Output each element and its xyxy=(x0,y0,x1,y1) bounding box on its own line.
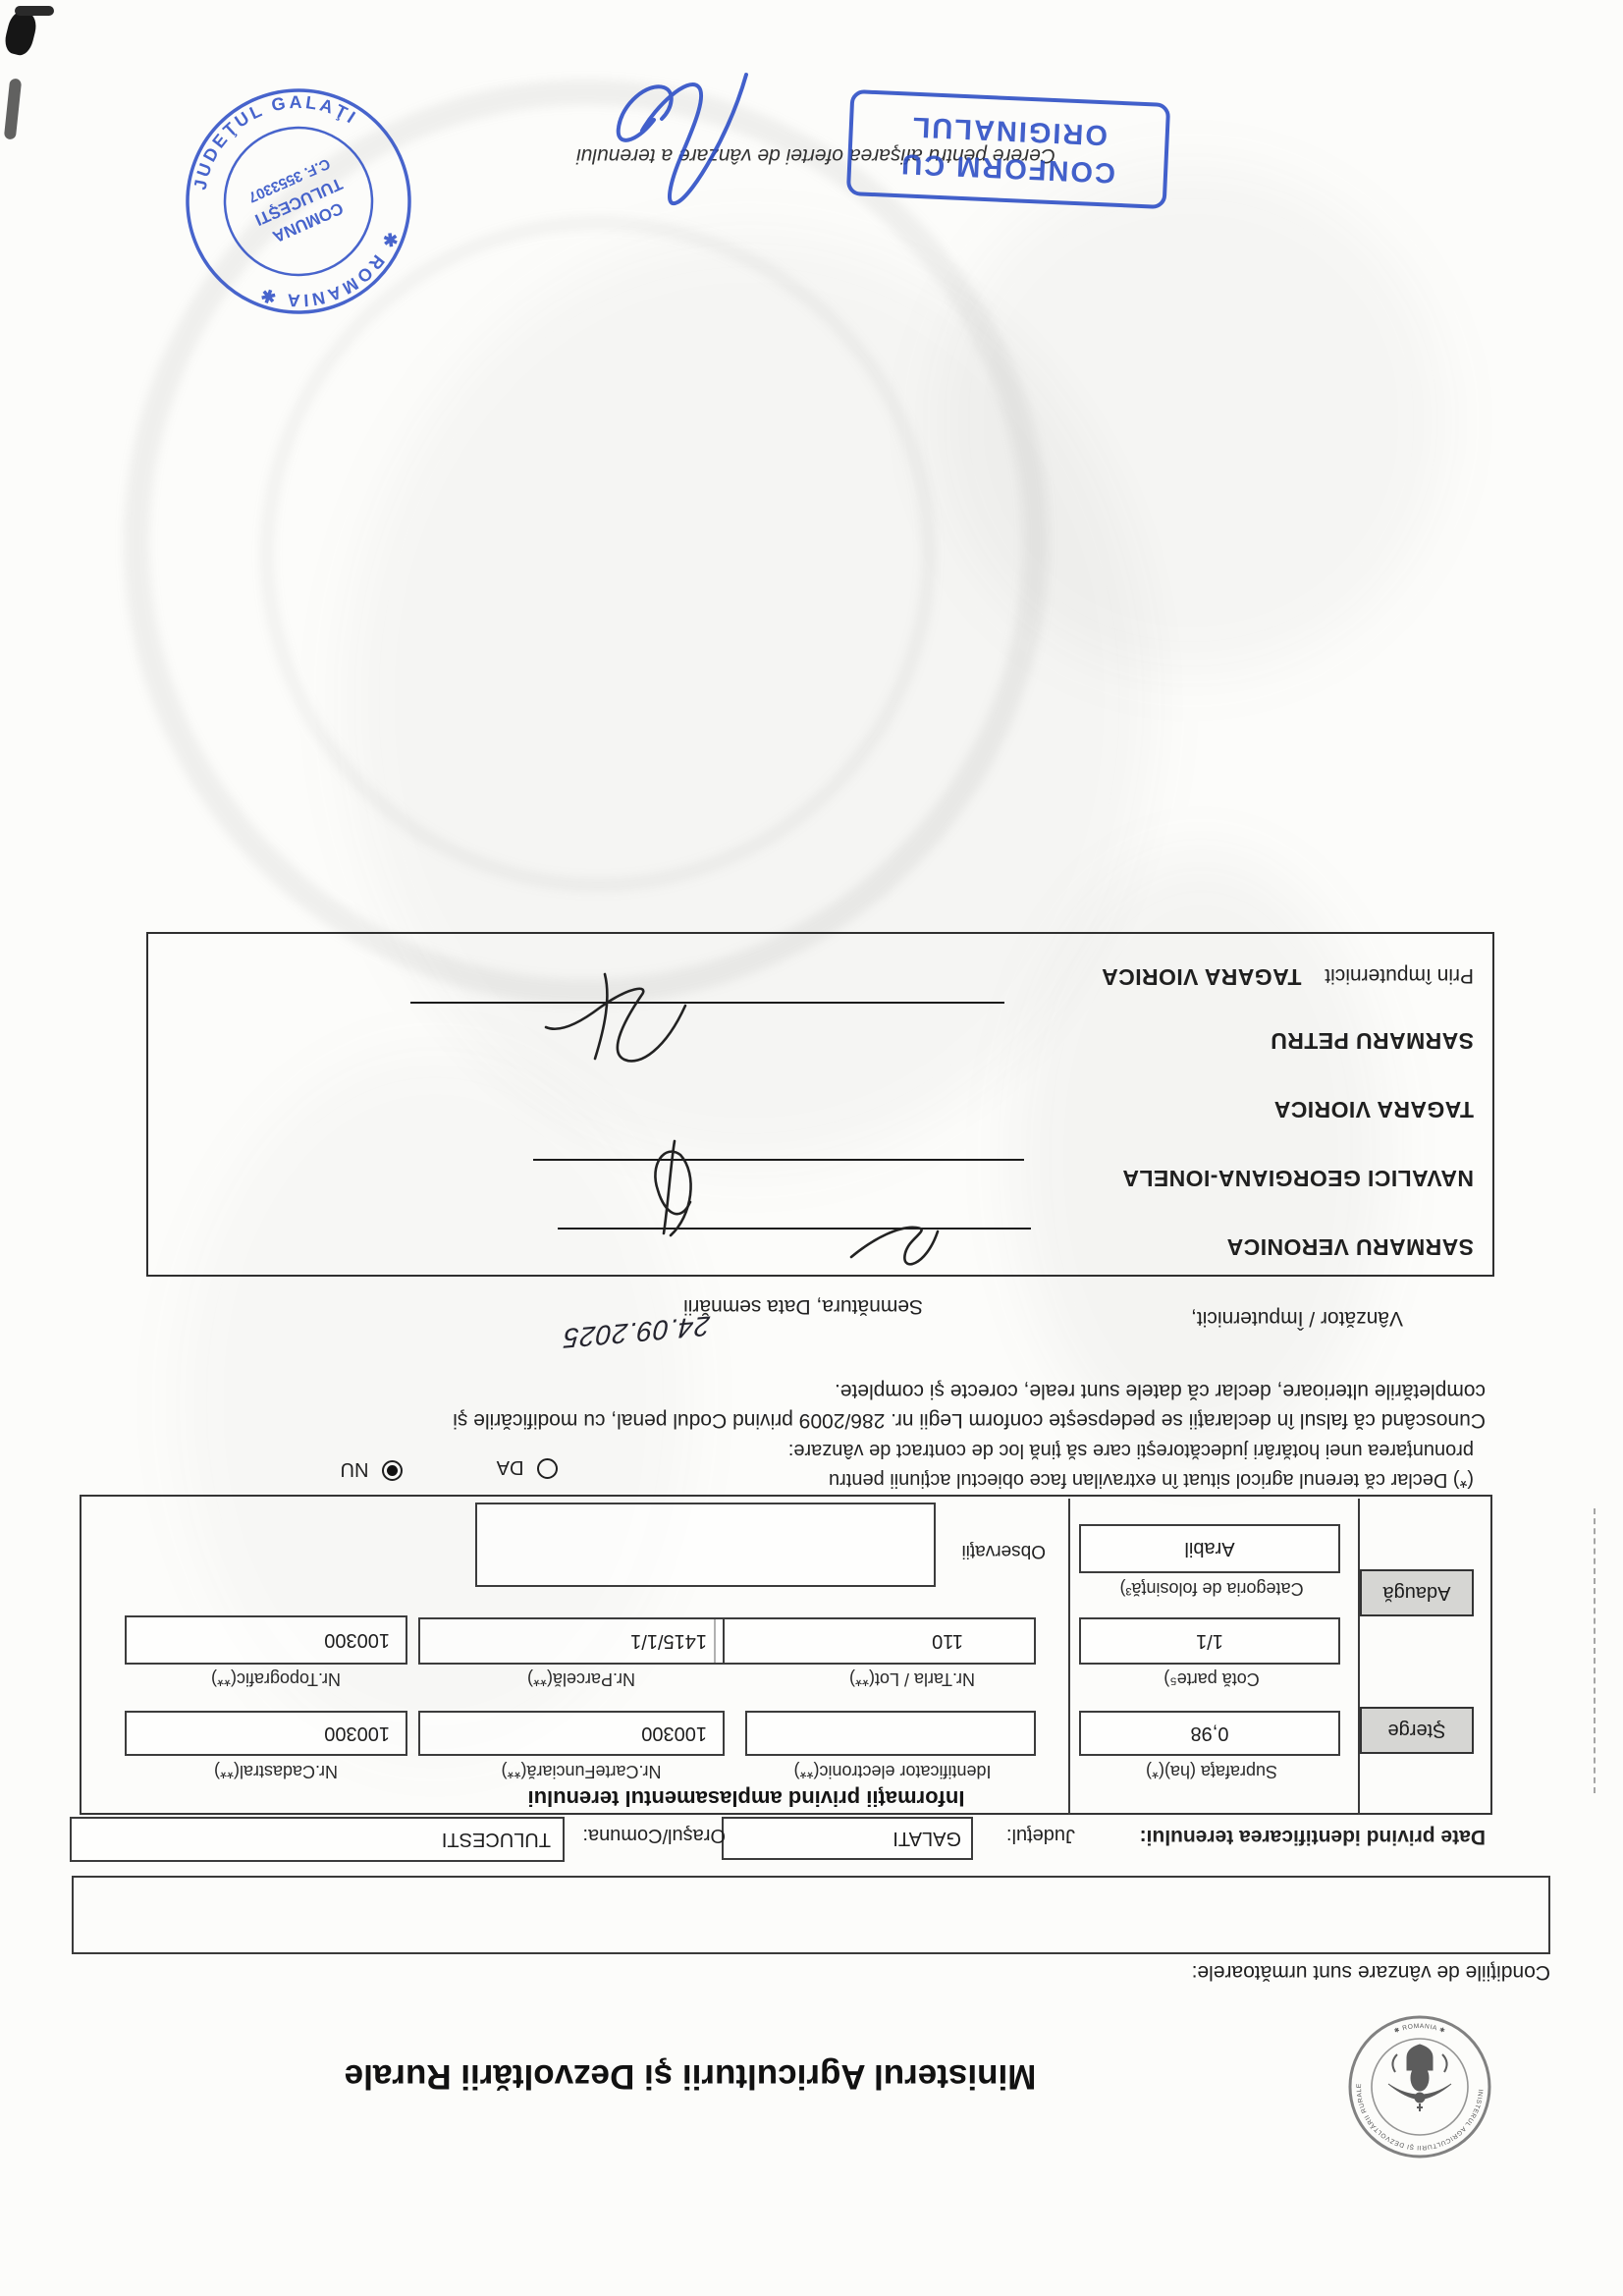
proxy-name: TAGARA VIORICA xyxy=(1102,964,1302,990)
signer-name: NAVALICI GEORGIANA-IONELA xyxy=(1122,1165,1474,1191)
table-divider xyxy=(1068,1499,1070,1815)
document-sheet: MINISTERUL AGRICULTURII ŞI DEZVOLTĂRII R… xyxy=(0,0,1623,2296)
radio-yes-label: DA xyxy=(497,1456,524,1478)
proxy-row: Prin împuternicit TAGARA VIORICA xyxy=(1102,963,1474,990)
ink-signature xyxy=(838,1220,946,1277)
signature-date-label: Semnătura, Data semnării xyxy=(683,1294,923,1318)
signature-line xyxy=(558,1228,1031,1230)
delete-button: Şterge xyxy=(1360,1707,1474,1754)
ministry-title: Ministerul Agriculturii şi Dezvoltării R… xyxy=(81,2056,1299,2096)
seller-label: Vânzător / Împuternicit, xyxy=(1191,1306,1403,1330)
scan-artifact-smudge xyxy=(4,79,22,140)
field-tarla-value-box: 110 xyxy=(714,1617,1036,1665)
conditions-label: Condiţiile de vânzare sunt următoarele: xyxy=(1192,1960,1550,1984)
field-observations-label: Observaţii xyxy=(961,1540,1046,1561)
svg-text:✱ ROMANIA ✱: ✱ ROMANIA ✱ xyxy=(1393,2023,1447,2035)
county-value: GALATI xyxy=(893,1828,961,1850)
field-cadastral-value: 100300 xyxy=(324,1722,390,1745)
field-land-book-value-box: 100300 xyxy=(418,1711,725,1756)
field-tarla-value: 110 xyxy=(932,1630,963,1653)
commune-round-stamp: ✱ ROMANIA ✱ JUDEŢUL GALAŢI COMUNA TULUCE… xyxy=(180,82,417,320)
field-cadastral-value-box: 100300 xyxy=(125,1711,407,1756)
city-value-box: TULUCESTI xyxy=(70,1817,565,1862)
table-header: Informaţii privind amplasamentul terenul… xyxy=(432,1785,1060,1811)
field-surface-value: 0,98 xyxy=(1191,1722,1229,1745)
radio-yes-icon xyxy=(537,1458,558,1479)
county-value-box: GALATI xyxy=(722,1817,973,1860)
scan-artifact-smudge xyxy=(2,9,39,57)
field-category-value-box: Arabil xyxy=(1079,1524,1340,1573)
field-category-label: Categoria de folosinţă³) xyxy=(1083,1578,1340,1599)
field-land-book-value: 100300 xyxy=(641,1722,707,1745)
oath-line-2: completările ulterioare, declar că datel… xyxy=(52,1379,1486,1402)
conditions-box xyxy=(72,1876,1550,1954)
field-cadastral-label: Nr.Cadastral(**) xyxy=(144,1761,407,1781)
radio-no: NU xyxy=(341,1457,403,1481)
blue-ink-signature xyxy=(563,47,774,224)
field-share-value-box: 1/1 xyxy=(1079,1617,1340,1665)
ministry-seal: MINISTERUL AGRICULTURII ŞI DEZVOLTĂRII R… xyxy=(1344,2011,1495,2162)
field-observations-box xyxy=(475,1503,936,1587)
field-share-value: 1/1 xyxy=(1196,1630,1223,1653)
field-topographic-value: 100300 xyxy=(324,1629,390,1652)
radio-no-label: NU xyxy=(341,1458,369,1480)
proxy-label: Prin împuternicit xyxy=(1325,964,1474,987)
oath-line-1: Cunoscând că falsul în declaraţii se ped… xyxy=(52,1408,1486,1432)
county-label: Judeţul: xyxy=(1006,1824,1075,1846)
add-button: Adaugă xyxy=(1360,1569,1474,1616)
ministry-seal-bottom-text: ✱ ROMANIA ✱ xyxy=(1393,2023,1447,2035)
city-label: Oraşul/Comuna: xyxy=(582,1824,726,1846)
ink-signature xyxy=(533,963,695,1076)
field-land-book-label: Nr.CarteFunciară(**) xyxy=(438,1761,725,1781)
scan-artifact-smudge xyxy=(15,6,54,16)
ink-signature xyxy=(631,1135,710,1243)
declaration-line-1: (*) Declar că terenul agricol situat în … xyxy=(610,1468,1474,1491)
signer-name: SARMARU VERONICA xyxy=(1226,1233,1474,1260)
field-topographic-value-box: 100300 xyxy=(125,1615,407,1665)
declaration-line-2: pronunţarea unei hotărâri judecătoreşti … xyxy=(610,1439,1474,1461)
radio-yes: DA xyxy=(497,1455,558,1479)
field-electronic-id-label: Identificator electronic(**) xyxy=(749,1761,1036,1781)
signer-name: TAGARA VIORICA xyxy=(1273,1096,1474,1122)
scanned-document-page: MINISTERUL AGRICULTURII ŞI DEZVOLTĂRII R… xyxy=(0,0,1623,2296)
field-surface-label: Suprafaţa (ha)(*) xyxy=(1083,1761,1340,1781)
field-electronic-id-value-box xyxy=(745,1711,1036,1756)
field-category-value: Arabil xyxy=(1184,1538,1234,1560)
id-section-label: Date privind identificarea terenului: xyxy=(1140,1825,1486,1848)
field-topographic-label: Nr.Topografic(**) xyxy=(144,1668,407,1689)
city-value: TULUCESTI xyxy=(442,1829,551,1851)
field-parcel-value-box: 1415/1/1 xyxy=(418,1617,725,1665)
field-surface-value-box: 0,98 xyxy=(1079,1711,1340,1756)
coat-of-arms-emblem xyxy=(1388,2045,1451,2111)
table-divider xyxy=(1358,1499,1360,1815)
field-tarla-label: Nr.Tarla / Lot(**) xyxy=(788,1668,1036,1689)
signature-line xyxy=(533,1159,1024,1161)
scan-artifact-dotted-line xyxy=(1594,1508,1596,1793)
signer-name: SARMARU PETRU xyxy=(1271,1027,1474,1054)
field-parcel-value: 1415/1/1 xyxy=(630,1630,707,1653)
field-parcel-label: Nr.Parcelă(**) xyxy=(438,1668,725,1689)
conform-stamp: CONFORM CU ORIGINALUL xyxy=(846,89,1170,209)
signature-line xyxy=(410,1002,1004,1004)
radio-no-icon xyxy=(382,1460,403,1481)
field-share-label: Cotă parte⁵) xyxy=(1083,1668,1340,1689)
